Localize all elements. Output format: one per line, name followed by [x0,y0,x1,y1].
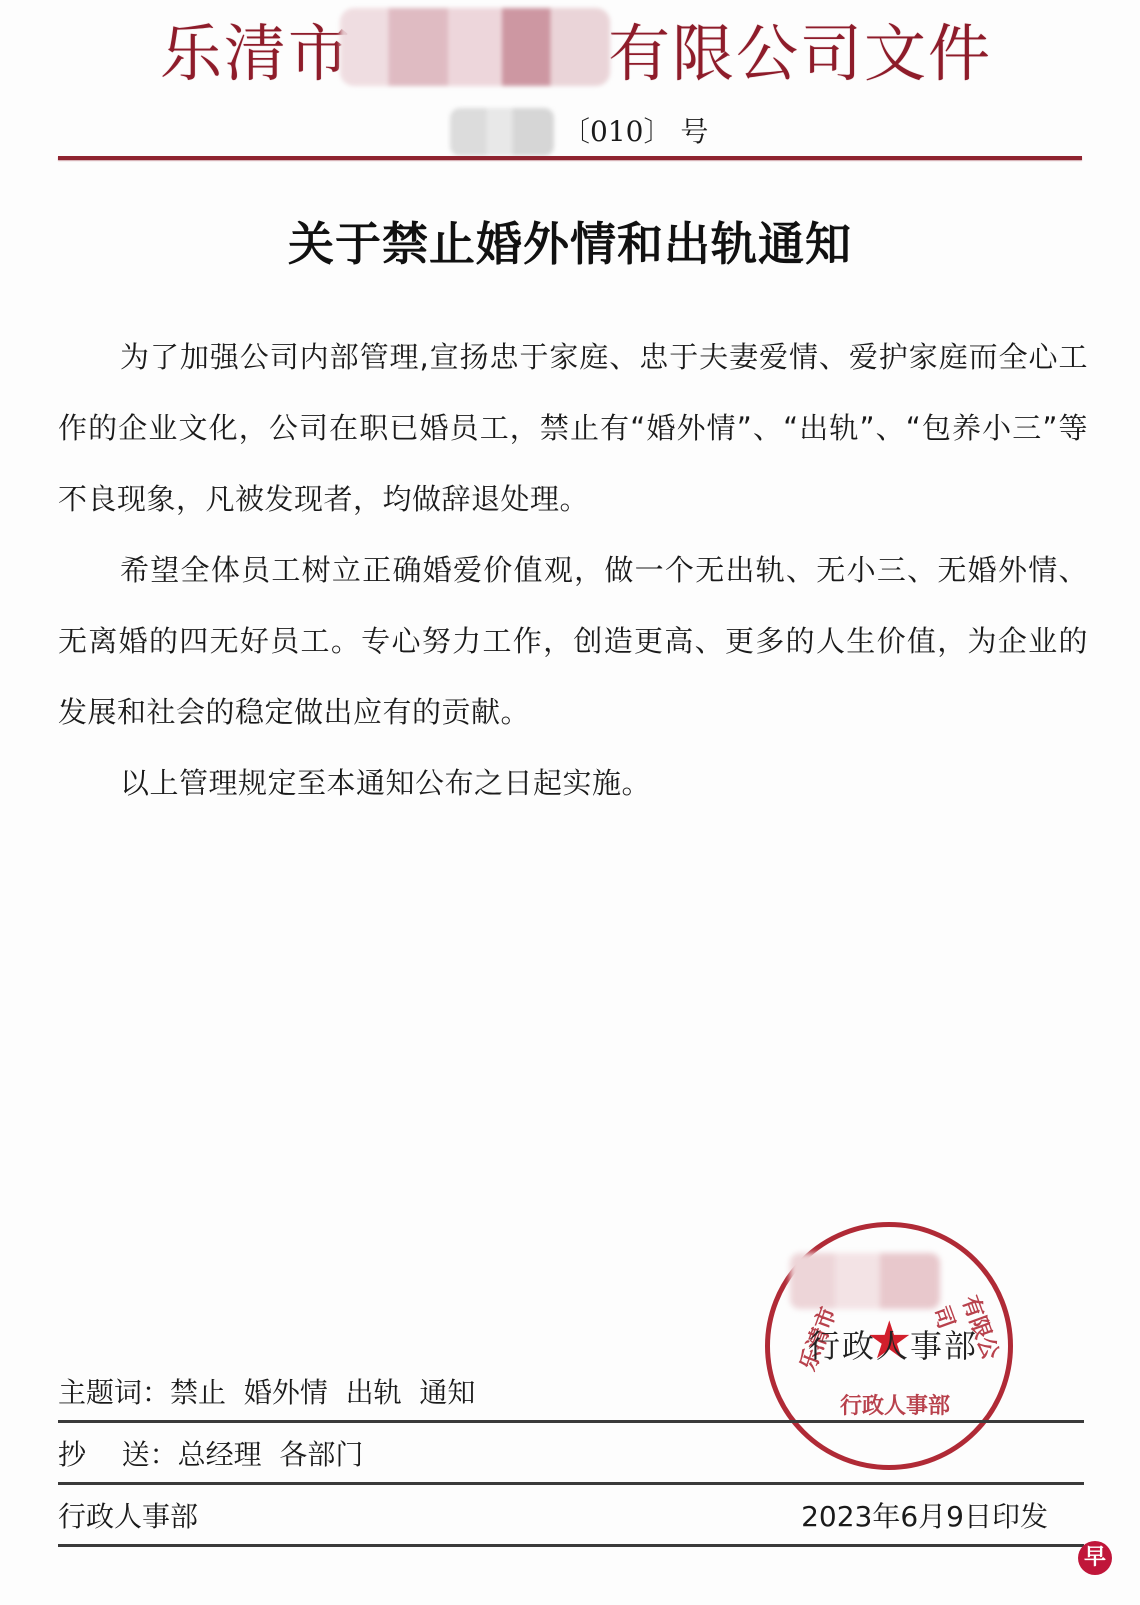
org-name-prefix: 乐清市 [160,14,352,94]
body-paragraph: 以上管理规定至本通知公布之日起实施。 [58,748,1088,819]
redacted-company-name [340,8,610,86]
body-paragraph: 希望全体员工树立正确婚爱价值观，做一个无出轨、无小三、无婚外情、无离婚的四无好员… [58,535,1088,748]
redacted-seal-text [790,1253,940,1309]
publisher-watermark-icon: 早 [1078,1541,1112,1575]
header-divider [58,156,1082,160]
issuer: 行政人事部 [58,1500,198,1533]
issue-date: 2023年6月9日印发 [801,1490,1048,1544]
redacted-doc-prefix [450,108,554,156]
keywords-value: 禁止 婚外情 出轨 通知 [170,1376,475,1409]
footer-issuer-row: 行政人事部 2023年6月9日印发 [58,1490,1084,1547]
document-number-text: 〔010〕 号 [562,112,708,152]
keywords-label: 主题词： [58,1376,170,1409]
org-name-suffix: 有限公司文件 [608,14,992,94]
cc-label: 抄 送： [58,1438,178,1471]
body-paragraph: 为了加强公司内部管理,宣扬忠于家庭、忠于夫妻爱情、爱护家庭而全心工作的企业文化，… [58,322,1088,535]
notice-body: 为了加强公司内部管理,宣扬忠于家庭、忠于夫妻爱情、爱护家庭而全心工作的企业文化，… [58,322,1088,819]
document-number: 〔010〕 号 [450,108,750,158]
cc-value: 总经理 各部门 [178,1438,364,1471]
footer-keywords-row: 主题词：禁止 婚外情 出轨 通知 [58,1366,1084,1423]
seal-department-overlay: 行政人事部 [808,1321,978,1367]
notice-title: 关于禁止婚外情和出轨通知 [0,212,1140,276]
footer-cc-row: 抄 送：总经理 各部门 [58,1428,1084,1485]
